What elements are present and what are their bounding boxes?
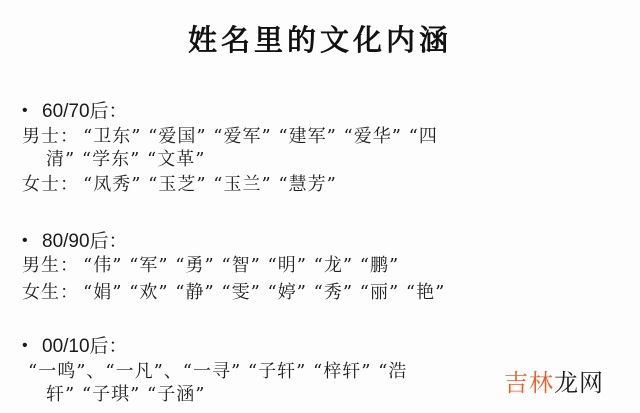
names-line-continued: 轩” “子琪” “子涵” (46, 380, 205, 406)
names-text: “娟” “欢” “静” “雯” “婷” “秀” “丽” “艳” (83, 282, 445, 303)
row-label: 女士： (22, 174, 79, 195)
bullet-icon: • (22, 102, 42, 120)
bullet-icon: • (22, 337, 42, 355)
section-heading: •60/70后： (22, 96, 128, 123)
bullet-icon: • (22, 232, 42, 250)
row-label: 男士： (22, 126, 79, 147)
row-label: 男生： (22, 255, 79, 276)
names-text: “凤秀” “玉芝” “玉兰” “慧芳” (83, 174, 337, 195)
heading-text: 00/10后： (42, 336, 128, 357)
section-heading: •00/10后： (22, 331, 128, 358)
watermark-part-orange: 吉林 (504, 369, 554, 397)
heading-text: 60/70后： (42, 101, 128, 122)
watermark-part-dark: 龙网 (554, 369, 604, 397)
male-names-line: 男生：“伟” “军” “勇” “智” “明” “龙” “鹏” (22, 251, 399, 277)
female-names-line: 女士：“凤秀” “玉芝” “玉兰” “慧芳” (22, 170, 337, 196)
heading-text: 80/90后： (42, 231, 128, 252)
section-heading: •80/90后： (22, 226, 128, 253)
slide-title: 姓名里的文化内涵 (0, 18, 640, 59)
male-names-line-continued: 清” “学东” “文革” (46, 145, 205, 171)
row-label: 女生： (22, 282, 79, 303)
watermark-logo: 吉林龙网 (504, 363, 604, 398)
names-text: “一鸣”、“一凡”、“一寻” “子轩” “梓轩” “浩 (28, 361, 407, 382)
names-text: 轩” “子琪” “子涵” (46, 384, 205, 405)
female-names-line: 女生：“娟” “欢” “静” “雯” “婷” “秀” “丽” “艳” (22, 278, 445, 304)
slide: 姓名里的文化内涵 •60/70后： 男士：“卫东” “爱国” “爱军” “建军”… (0, 0, 640, 413)
names-text: “卫东” “爱国” “爱军” “建军” “爱华” “四 (83, 126, 438, 147)
names-text: 清” “学东” “文革” (46, 149, 205, 170)
names-text: “伟” “军” “勇” “智” “明” “龙” “鹏” (83, 255, 399, 276)
